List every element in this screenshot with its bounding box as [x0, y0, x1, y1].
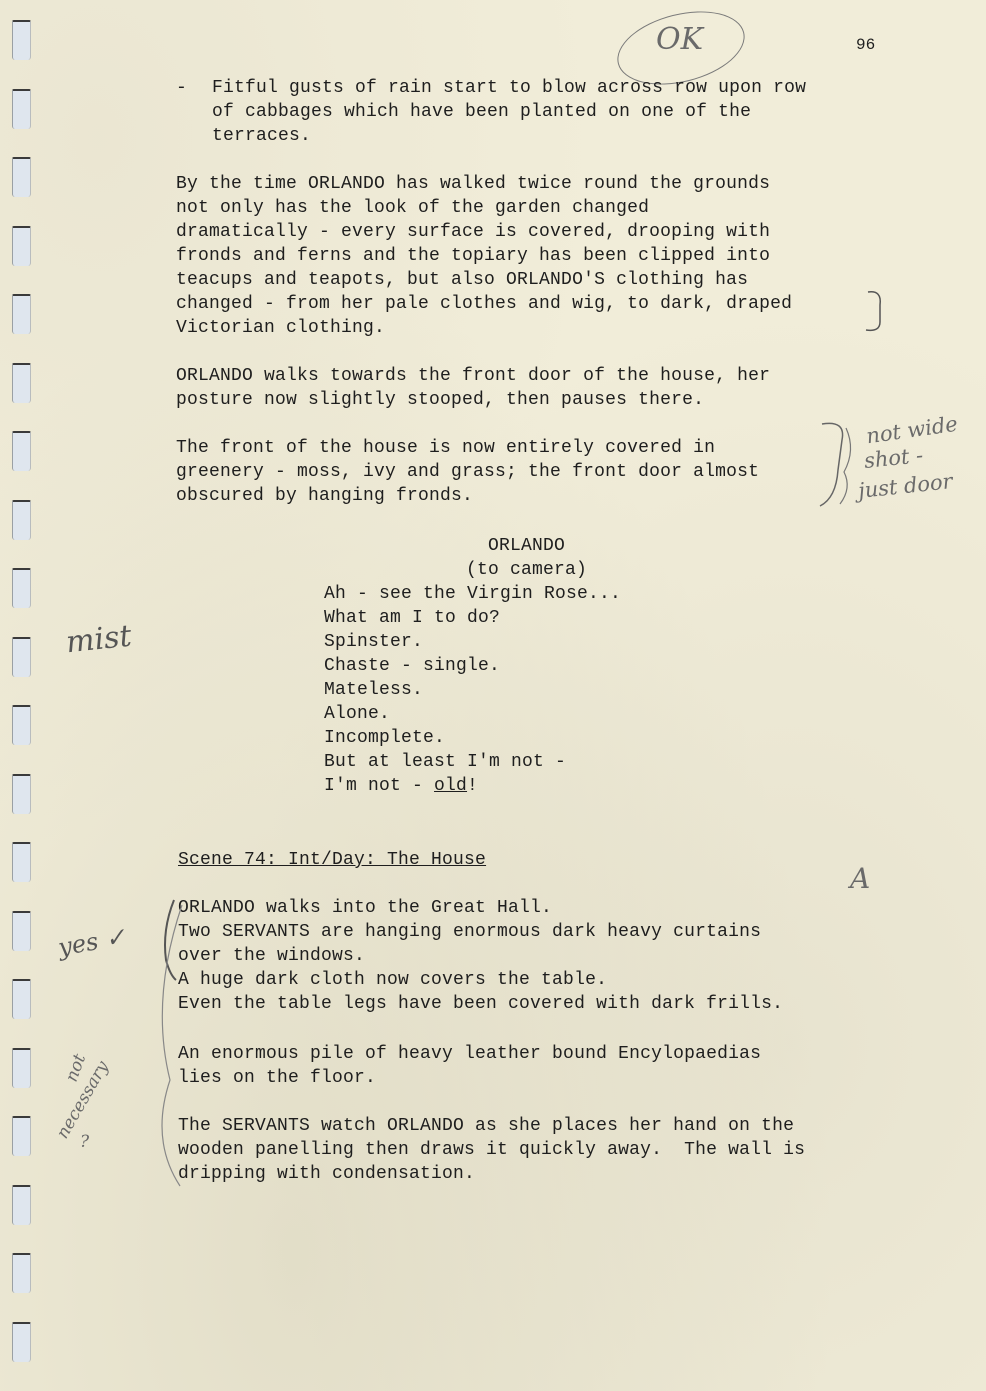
bracket-mark: [866, 292, 880, 331]
pencil-marks: [0, 0, 986, 1391]
bracket-mark: [820, 423, 843, 506]
